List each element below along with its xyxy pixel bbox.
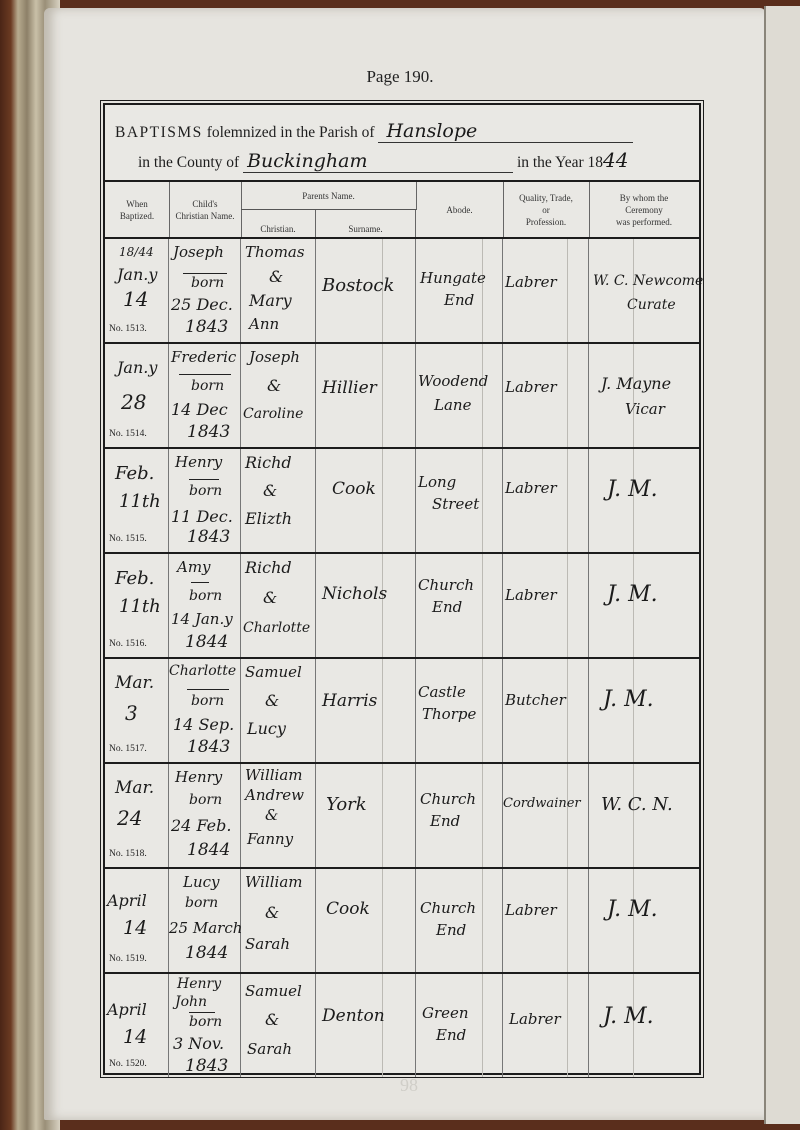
handwritten-text: 1844 (187, 840, 230, 860)
parents-christian-cell: Joseph & Caroline (241, 344, 316, 447)
abode-cell: Long Street (416, 449, 503, 552)
handwritten-text: Labrer (505, 901, 557, 919)
handwritten-text: York (326, 794, 367, 815)
handwritten-text: 3 (125, 701, 138, 725)
bleed-through-mark: 98 (400, 1075, 418, 1096)
handwritten-text: born (191, 378, 224, 394)
handwritten-text: Henry (175, 768, 222, 786)
handwritten-text: Jan.y (117, 358, 157, 377)
handwritten-text: End (436, 1026, 466, 1044)
child-cell: Henry born 11 Dec. 1843 (169, 449, 241, 552)
header-text-line: or (519, 204, 573, 216)
handwritten-text: & (263, 588, 277, 607)
when-cell: Feb. 11th No. 1516. (105, 554, 169, 657)
handwritten-text: Mary (249, 291, 292, 310)
col-officiant: By whom theCeremonywas performed. (589, 182, 699, 237)
header-text-line: Quality, Trade,orProfession. (519, 192, 573, 228)
handwritten-text: Denton (322, 1006, 385, 1026)
handwritten-text: 28 (121, 390, 146, 414)
handwritten-text: Mar. (115, 778, 154, 798)
officiant-cell: J. Mayne Vicar (589, 344, 699, 447)
surname-cell: Harris (316, 659, 416, 762)
handwritten-text: Thorpe (422, 705, 476, 723)
handwritten-text: Lucy (247, 719, 286, 738)
handwritten-text: W. C. Newcome (593, 273, 703, 289)
handwritten-text: J. M. (603, 1004, 654, 1029)
handwritten-text: & (265, 691, 279, 710)
handwritten-text: 3 Nov. (173, 1034, 224, 1053)
entry-number: No. 1519. (109, 954, 147, 964)
faint-ruling-line (482, 869, 483, 972)
handwritten-text: John (175, 994, 207, 1010)
faint-ruling-line (382, 449, 383, 552)
officiant-cell: J. M. (589, 659, 699, 762)
handwritten-text: Joseph (173, 243, 224, 261)
underline-stroke (189, 479, 219, 480)
child-cell: Henry born 24 Feb. 1844 (169, 764, 241, 867)
faint-ruling-line (382, 554, 383, 657)
handwritten-text: Cordwainer (503, 796, 581, 811)
handwritten-text: Samuel (245, 982, 302, 1000)
register-title-block: BAPTISMS folemnized in the Parish of Han… (105, 105, 699, 182)
header-text-line: Profession. (519, 216, 573, 228)
handwritten-text: & (269, 267, 283, 286)
surname-cell: Cook (316, 449, 416, 552)
abode-cell: Woodend Lane (416, 344, 503, 447)
handwritten-text: 14 Sep. (173, 715, 234, 734)
handwritten-text: Sarah (245, 935, 290, 953)
surname-cell: York (316, 764, 416, 867)
handwritten-text: Hungate (420, 269, 486, 287)
handwritten-text: Street (432, 495, 479, 513)
handwritten-text: Woodend (418, 372, 488, 390)
handwritten-text: Henry (175, 453, 222, 471)
parents-christian-cell: Samuel & Lucy (241, 659, 316, 762)
surname-cell: Bostock (316, 239, 416, 342)
table-row: April 14 No. 1520. Henry John born 3 Nov… (105, 974, 699, 1077)
handwritten-text: born (189, 588, 222, 604)
handwritten-text: Harris (322, 691, 377, 711)
faint-ruling-line (567, 449, 568, 552)
header-text-line: Baptized. (120, 210, 154, 222)
handwritten-text: 1843 (187, 422, 230, 442)
next-page-edge (764, 6, 800, 1124)
handwritten-text: Bostock (322, 275, 394, 296)
handwritten-text: April (107, 891, 147, 910)
faint-ruling-line (633, 239, 634, 342)
handwritten-text: Charlotte (243, 620, 310, 636)
trade-cell: Labrer (503, 239, 589, 342)
faint-ruling-line (567, 239, 568, 342)
faint-ruling-line (482, 239, 483, 342)
child-cell: Henry John born 3 Nov. 1843 (169, 974, 241, 1077)
handwritten-text: Sarah (247, 1040, 292, 1058)
child-cell: Amy born 14 Jan.y 1844 (169, 554, 241, 657)
handwritten-text: Lane (434, 396, 471, 414)
faint-ruling-line (633, 764, 634, 867)
faint-ruling-line (482, 764, 483, 867)
surname-cell: Denton (316, 974, 416, 1077)
handwritten-text: 1843 (185, 317, 228, 337)
faint-ruling-line (382, 344, 383, 447)
handwritten-text: Labrer (505, 479, 557, 497)
handwritten-text: born (189, 792, 222, 808)
when-cell: April 14 No. 1519. (105, 869, 169, 972)
faint-ruling-line (382, 764, 383, 867)
faint-ruling-line (567, 869, 568, 972)
trade-cell: Labrer (503, 869, 589, 972)
handwritten-text: born (191, 693, 224, 709)
title-line-parish: BAPTISMS folemnized in the Parish of Han… (115, 120, 633, 143)
handwritten-text: born (189, 1014, 222, 1030)
handwritten-text: born (185, 895, 218, 911)
faint-ruling-line (567, 554, 568, 657)
table-row: Feb. 11th No. 1516. Amy born 14 Jan.y 18… (105, 554, 699, 659)
trade-cell: Cordwainer (503, 764, 589, 867)
trade-cell: Labrer (503, 974, 589, 1077)
when-cell: 18/44 Jan.y 14 No. 1513. (105, 239, 169, 342)
surname-cell: Hillier (316, 344, 416, 447)
header-text-line: was performed. (616, 216, 672, 228)
handwritten-text: William (245, 766, 303, 784)
handwritten-text: 14 (123, 287, 148, 311)
when-cell: Mar. 24 No. 1518. (105, 764, 169, 867)
officiant-cell: J. M. (589, 974, 699, 1077)
handwritten-text: Joseph (249, 348, 300, 366)
handwritten-text: 24 Feb. (171, 816, 231, 835)
col-parents-christian: Christian. (241, 210, 316, 237)
faint-ruling-line (482, 659, 483, 762)
header-text-line: By whom the (616, 192, 672, 204)
title-baptisms: BAPTISMS (115, 124, 203, 141)
handwritten-text: End (432, 598, 462, 616)
handwritten-text: 1844 (185, 632, 228, 652)
handwritten-text: & (263, 481, 277, 500)
handwritten-text: Mar. (115, 673, 154, 693)
handwritten-text: Butcher (505, 691, 566, 709)
officiant-cell: W. C. N. (589, 764, 699, 867)
handwritten-text: 14 (123, 1026, 147, 1048)
entry-number: No. 1520. (109, 1059, 147, 1069)
surname-cell: Cook (316, 869, 416, 972)
parents-christian-cell: William Andrew & Fanny (241, 764, 316, 867)
header-text-line: When (120, 198, 154, 210)
column-headers: WhenBaptized. Child'sChristian Name. Par… (105, 182, 699, 239)
header-text-line: Ceremony (616, 204, 672, 216)
title-year-text: in the Year 18 (517, 154, 603, 171)
faint-ruling-line (567, 764, 568, 867)
table-row: Mar. 3 No. 1517. Charlotte born 14 Sep. … (105, 659, 699, 764)
child-cell: Charlotte born 14 Sep. 1843 (169, 659, 241, 762)
handwritten-text: W. C. N. (601, 794, 673, 815)
officiant-cell: W. C. Newcome Curate (589, 239, 699, 342)
handwritten-text: born (189, 483, 222, 499)
handwritten-text: 25 March (169, 919, 242, 937)
handwritten-text: 1843 (187, 527, 230, 547)
handwritten-text: April (107, 1000, 147, 1019)
handwritten-text: Feb. (115, 568, 154, 589)
header-text-line: Christian Name. (176, 210, 235, 222)
table-row: Mar. 24 No. 1518. Henry born 24 Feb. 184… (105, 764, 699, 869)
handwritten-text: 11 Dec. (171, 507, 233, 526)
parents-christian-cell: William & Sarah (241, 869, 316, 972)
handwritten-text: Caroline (243, 406, 303, 422)
handwritten-text: Andrew (245, 786, 304, 804)
handwritten-text: 11th (119, 491, 161, 512)
table-row: April 14 No. 1519. Lucy born 25 March 18… (105, 869, 699, 974)
handwritten-text: End (444, 291, 474, 309)
handwritten-text: Long (418, 473, 456, 491)
handwritten-text: Cook (332, 479, 376, 499)
trade-cell: Labrer (503, 449, 589, 552)
handwritten-text: 1843 (185, 1056, 228, 1076)
handwritten-text: born (191, 275, 224, 291)
handwritten-text: Hillier (322, 378, 377, 398)
parish-field: Hanslope (378, 120, 633, 143)
table-row: Feb. 11th No. 1515. Henry born 11 Dec. 1… (105, 449, 699, 554)
handwritten-text: Feb. (115, 463, 154, 484)
faint-ruling-line (482, 554, 483, 657)
entry-number: No. 1518. (109, 849, 147, 859)
child-cell: Frederic born 14 Dec 1843 (169, 344, 241, 447)
handwritten-text: 11th (119, 596, 161, 617)
col-when: WhenBaptized. (105, 182, 170, 237)
handwritten-text: J. M. (607, 897, 658, 922)
handwritten-text: Jan.y (117, 265, 157, 284)
title-line-county: in the County of Buckingham in the Year … (138, 148, 629, 173)
abode-cell: Church End (416, 869, 503, 972)
handwritten-text: Charlotte (169, 663, 236, 679)
handwritten-text: & (267, 376, 281, 395)
table-row: Jan.y 28 No. 1514. Frederic born 14 Dec … (105, 344, 699, 449)
child-cell: Lucy born 25 March 1844 (169, 869, 241, 972)
handwritten-text: Vicar (625, 400, 665, 418)
when-cell: Jan.y 28 No. 1514. (105, 344, 169, 447)
officiant-cell: J. M. (589, 554, 699, 657)
handwritten-text: J. Mayne (601, 374, 671, 393)
underline-stroke (179, 374, 231, 375)
underline-stroke (191, 582, 209, 583)
officiant-cell: J. M. (589, 869, 699, 972)
trade-cell: Labrer (503, 344, 589, 447)
when-cell: Feb. 11th No. 1515. (105, 449, 169, 552)
handwritten-text: Church (418, 576, 474, 594)
header-text-line: Child'sChristian Name. (176, 198, 235, 222)
handwritten-text: & (265, 903, 279, 922)
parents-christian-cell: Richd & Elizth (241, 449, 316, 552)
table-row: 18/44 Jan.y 14 No. 1513. Joseph born 25 … (105, 239, 699, 344)
entry-number: No. 1515. (109, 534, 147, 544)
title-county-text: in the County of (138, 154, 239, 171)
handwritten-text: 14 Jan.y (171, 610, 233, 628)
handwritten-text: 24 (117, 806, 142, 830)
handwritten-text: Lucy (183, 873, 220, 891)
handwritten-text: J. M. (607, 582, 658, 607)
entry-number: No. 1514. (109, 429, 147, 439)
handwritten-text: Frederic (171, 348, 236, 366)
handwritten-text: Nichols (322, 584, 387, 604)
faint-ruling-line (482, 344, 483, 447)
title-solemnized-text: folemnized in the Parish of (207, 124, 375, 141)
entry-number: No. 1517. (109, 744, 147, 754)
parish-value: Hanslope (386, 120, 477, 142)
surname-cell: Nichols (316, 554, 416, 657)
header-text-line: By whom theCeremonywas performed. (616, 192, 672, 228)
handwritten-text: Labrer (509, 1010, 561, 1028)
handwritten-text: & (265, 1010, 279, 1029)
handwritten-text: Richd (245, 453, 292, 472)
col-trade: Quality, Trade,orProfession. (503, 182, 590, 237)
abode-cell: Church End (416, 764, 503, 867)
col-parents-surname: Surname. (316, 210, 416, 237)
handwritten-text: Castle (418, 683, 466, 701)
handwritten-text: William (245, 873, 303, 891)
underline-stroke (187, 689, 229, 690)
handwritten-text: Ann (249, 315, 279, 333)
when-cell: April 14 No. 1520. (105, 974, 169, 1077)
handwritten-text: Labrer (505, 273, 557, 291)
handwritten-text: Labrer (505, 586, 557, 604)
abode-cell: Church End (416, 554, 503, 657)
handwritten-text: 25 Dec. (171, 295, 233, 314)
handwritten-text: Church (420, 899, 476, 917)
handwritten-text: Curate (627, 297, 676, 313)
child-cell: Joseph born 25 Dec. 1843 (169, 239, 241, 342)
underline-stroke (183, 273, 227, 274)
abode-cell: Hungate End (416, 239, 503, 342)
abode-cell: Green End (416, 974, 503, 1077)
faint-ruling-line (567, 344, 568, 447)
trade-cell: Labrer (503, 554, 589, 657)
handwritten-text: Fanny (247, 830, 293, 848)
baptism-register-table: BAPTISMS folemnized in the Parish of Han… (103, 103, 701, 1075)
handwritten-text: Henry (177, 976, 221, 992)
faint-ruling-line (382, 869, 383, 972)
parents-christian-cell: Thomas & Mary Ann (241, 239, 316, 342)
handwritten-text: Church (420, 790, 476, 808)
year-value: 44 (603, 148, 628, 172)
entry-number: No. 1516. (109, 639, 147, 649)
handwritten-text: & (265, 806, 278, 824)
handwritten-text: Amy (177, 558, 211, 576)
county-value: Buckingham (247, 150, 367, 172)
page-number: Page 190. (0, 67, 800, 87)
header-text-line: Quality, Trade, (519, 192, 573, 204)
col-abode: Abode. (416, 182, 504, 237)
handwritten-text: 1844 (185, 943, 228, 963)
faint-ruling-line (567, 974, 568, 1077)
header-text-line: WhenBaptized. (120, 198, 154, 222)
handwritten-text: Green (422, 1004, 469, 1022)
trade-cell: Butcher (503, 659, 589, 762)
underline-stroke (189, 1012, 215, 1013)
handwritten-text: Samuel (245, 663, 302, 681)
handwritten-text: 14 Dec (171, 400, 228, 419)
col-child-name: Child'sChristian Name. (169, 182, 242, 237)
faint-ruling-line (567, 659, 568, 762)
faint-ruling-line (633, 344, 634, 447)
parents-christian-cell: Richd & Charlotte (241, 554, 316, 657)
entry-number: No. 1513. (109, 324, 147, 334)
handwritten-text: 1843 (187, 737, 230, 757)
handwritten-text: 14 (123, 917, 147, 939)
handwritten-text: End (430, 812, 460, 830)
handwritten-text: Cook (326, 899, 370, 919)
faint-ruling-line (482, 974, 483, 1077)
handwritten-text: J. M. (607, 477, 658, 502)
handwritten-text: End (436, 921, 466, 939)
abode-cell: Castle Thorpe (416, 659, 503, 762)
when-cell: Mar. 3 No. 1517. (105, 659, 169, 762)
col-parents: Parents Name. (241, 182, 417, 210)
handwritten-text: Richd (245, 558, 292, 577)
handwritten-text: 18/44 (119, 245, 154, 259)
handwritten-text: Elizth (245, 509, 292, 528)
officiant-cell: J. M. (589, 449, 699, 552)
handwritten-text: Labrer (505, 378, 557, 396)
faint-ruling-line (482, 449, 483, 552)
handwritten-text: J. M. (603, 687, 654, 712)
handwritten-text: Thomas (245, 243, 305, 261)
county-field: Buckingham (243, 150, 513, 173)
header-text-line: Child's (176, 198, 235, 210)
faint-ruling-line (382, 659, 383, 762)
parents-christian-cell: Samuel & Sarah (241, 974, 316, 1077)
